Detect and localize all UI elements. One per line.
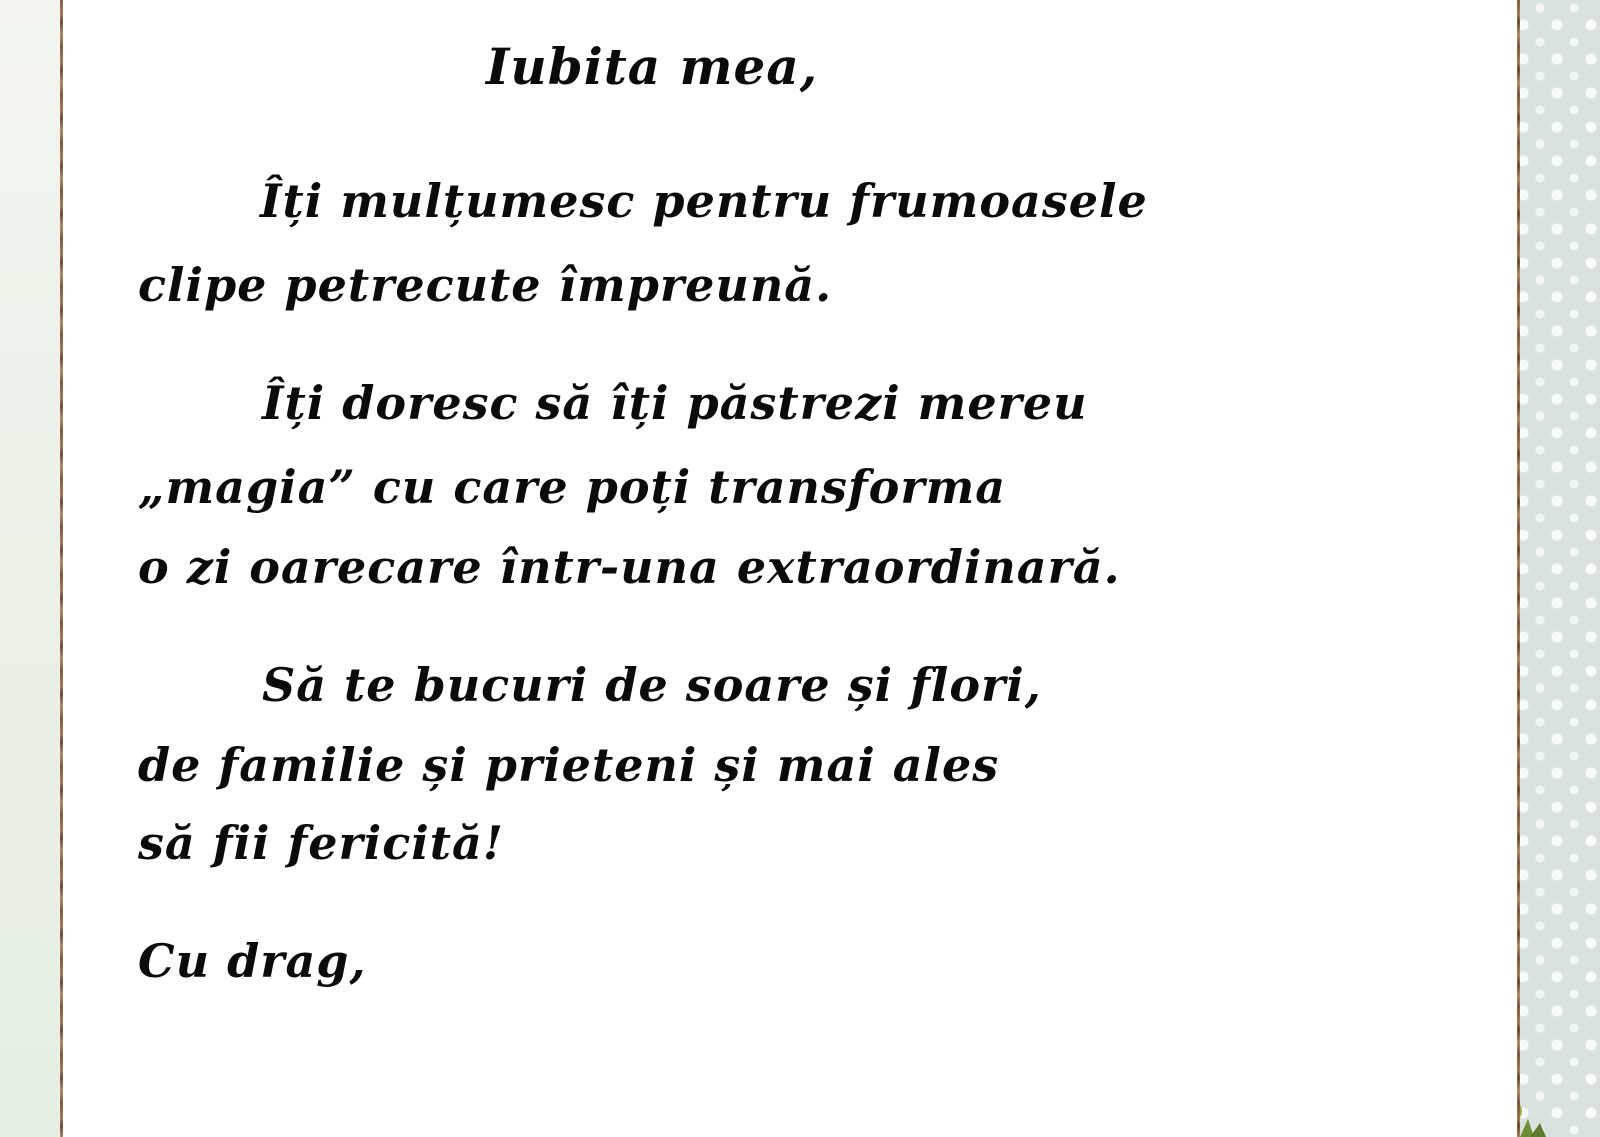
letter-line: clipe petrecute împreună. xyxy=(138,262,832,308)
salutation: Iubita mea, xyxy=(486,42,818,92)
letter-line: să fii fericită! xyxy=(138,820,504,866)
letter-line: Îți mulțumesc pentru frumoasele xyxy=(260,178,1148,224)
letter-line: „magia” cu care poți transforma xyxy=(138,464,1006,510)
letter-line: Îți doresc să îți păstrezi mereu xyxy=(262,380,1088,426)
letter-line: o zi oarecare într-una extraordinară. xyxy=(138,544,1121,590)
letter-line: de familie și prieteni și mai ales xyxy=(138,742,999,788)
letter-line: Să te bucuri de soare și flori, xyxy=(262,662,1042,708)
handwritten-letter: Iubita mea, Îți mulțumesc pentru frumoas… xyxy=(62,0,1518,1137)
letter-paper: Iubita mea, Îți mulțumesc pentru frumoas… xyxy=(62,0,1518,1137)
closing: Cu drag, xyxy=(138,938,366,984)
